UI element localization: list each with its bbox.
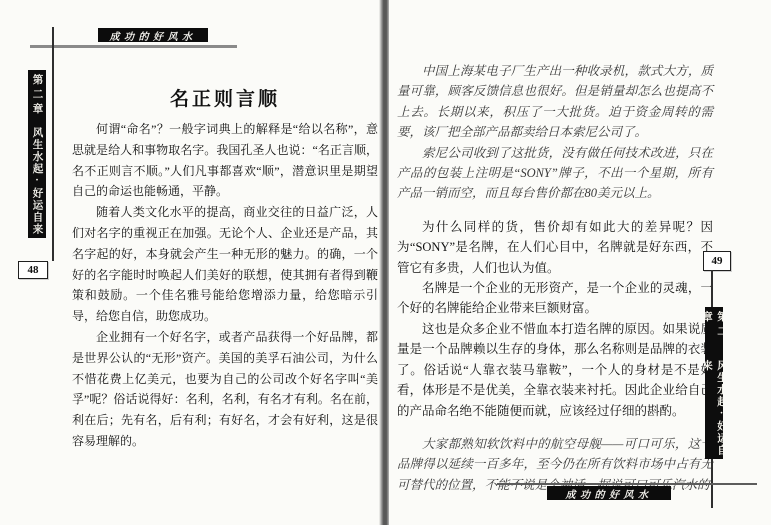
page-number-text: 48 [28,264,39,276]
running-head-banner-left: 成功的好风水 [98,28,208,42]
running-head-text: 成功的好风水 [566,486,653,500]
left-page-body: 何谓“命名”？一般字词典上的解释是“给以名称”，意思就是给人和事物取名字。我国孔… [72,119,378,452]
running-head-text: 成功的好风水 [110,28,197,42]
article-title: 名正则言顺 [72,84,378,111]
paragraph: 中国上海某电子厂生产出一种收录机，款式大方，质量可靠，顾客反馈信息也很好。但是销… [397,61,713,143]
page-number-right: 49 [703,251,731,271]
page-number-left: 48 [18,261,48,279]
chapter-title: 风生水起·好运自来 [30,118,45,236]
paragraph: 何谓“命名”？一般字词典上的解释是“给以名称”，意思就是给人和事物取名字。我国孔… [72,119,378,202]
header-rule [30,45,237,48]
paragraph: 名牌是一个企业的无形资产，是一个企业的灵魂，一个好的名牌能给企业带来巨额财富。 [397,278,713,319]
chapter-number: 第二章 [30,70,45,118]
chapter-tab-right: 第二章 风生水起·好运自来 [705,307,723,459]
footer-rule [497,483,757,485]
right-page-body: 中国上海某电子厂生产出一种收录机，款式大方，质量可靠，顾客反馈信息也很好。但是销… [397,61,713,495]
paragraph: 企业拥有一个好名字，或者产品获得一个好品牌，都是世界公认的“无形”资产。美国的美… [72,327,378,452]
book-spread-scan: { "book": { "running_head": "成功的好风水", "c… [0,0,771,525]
paragraph: 这也是众多企业不惜血本打造名牌的原因。如果说质量是一个品牌赖以生存的身体，那么名… [397,319,713,421]
left-margin-rail [52,27,54,261]
paragraph: 索尼公司收到了这批货，没有做任何技术改进，只在产品的包装上注明是“SONY”牌子… [397,143,713,204]
paragraph: 随着人类文化水平的提高，商业交往的日益广泛，人们对名字的重视正在加强。无论个人、… [72,202,378,327]
chapter-number: 第二章 [705,307,723,351]
page-number-text: 49 [712,255,723,267]
page-gutter-shadow [379,0,389,525]
chapter-tab-left: 第二章 风生水起·好运自来 [28,70,46,238]
running-head-banner-right: 成功的好风水 [547,486,671,500]
chapter-title: 风生水起·好运自来 [705,351,723,459]
paragraph: 为什么同样的货，售价却有如此大的差异呢？因为“SONY”是名牌，在人们心目中，名… [397,217,713,278]
